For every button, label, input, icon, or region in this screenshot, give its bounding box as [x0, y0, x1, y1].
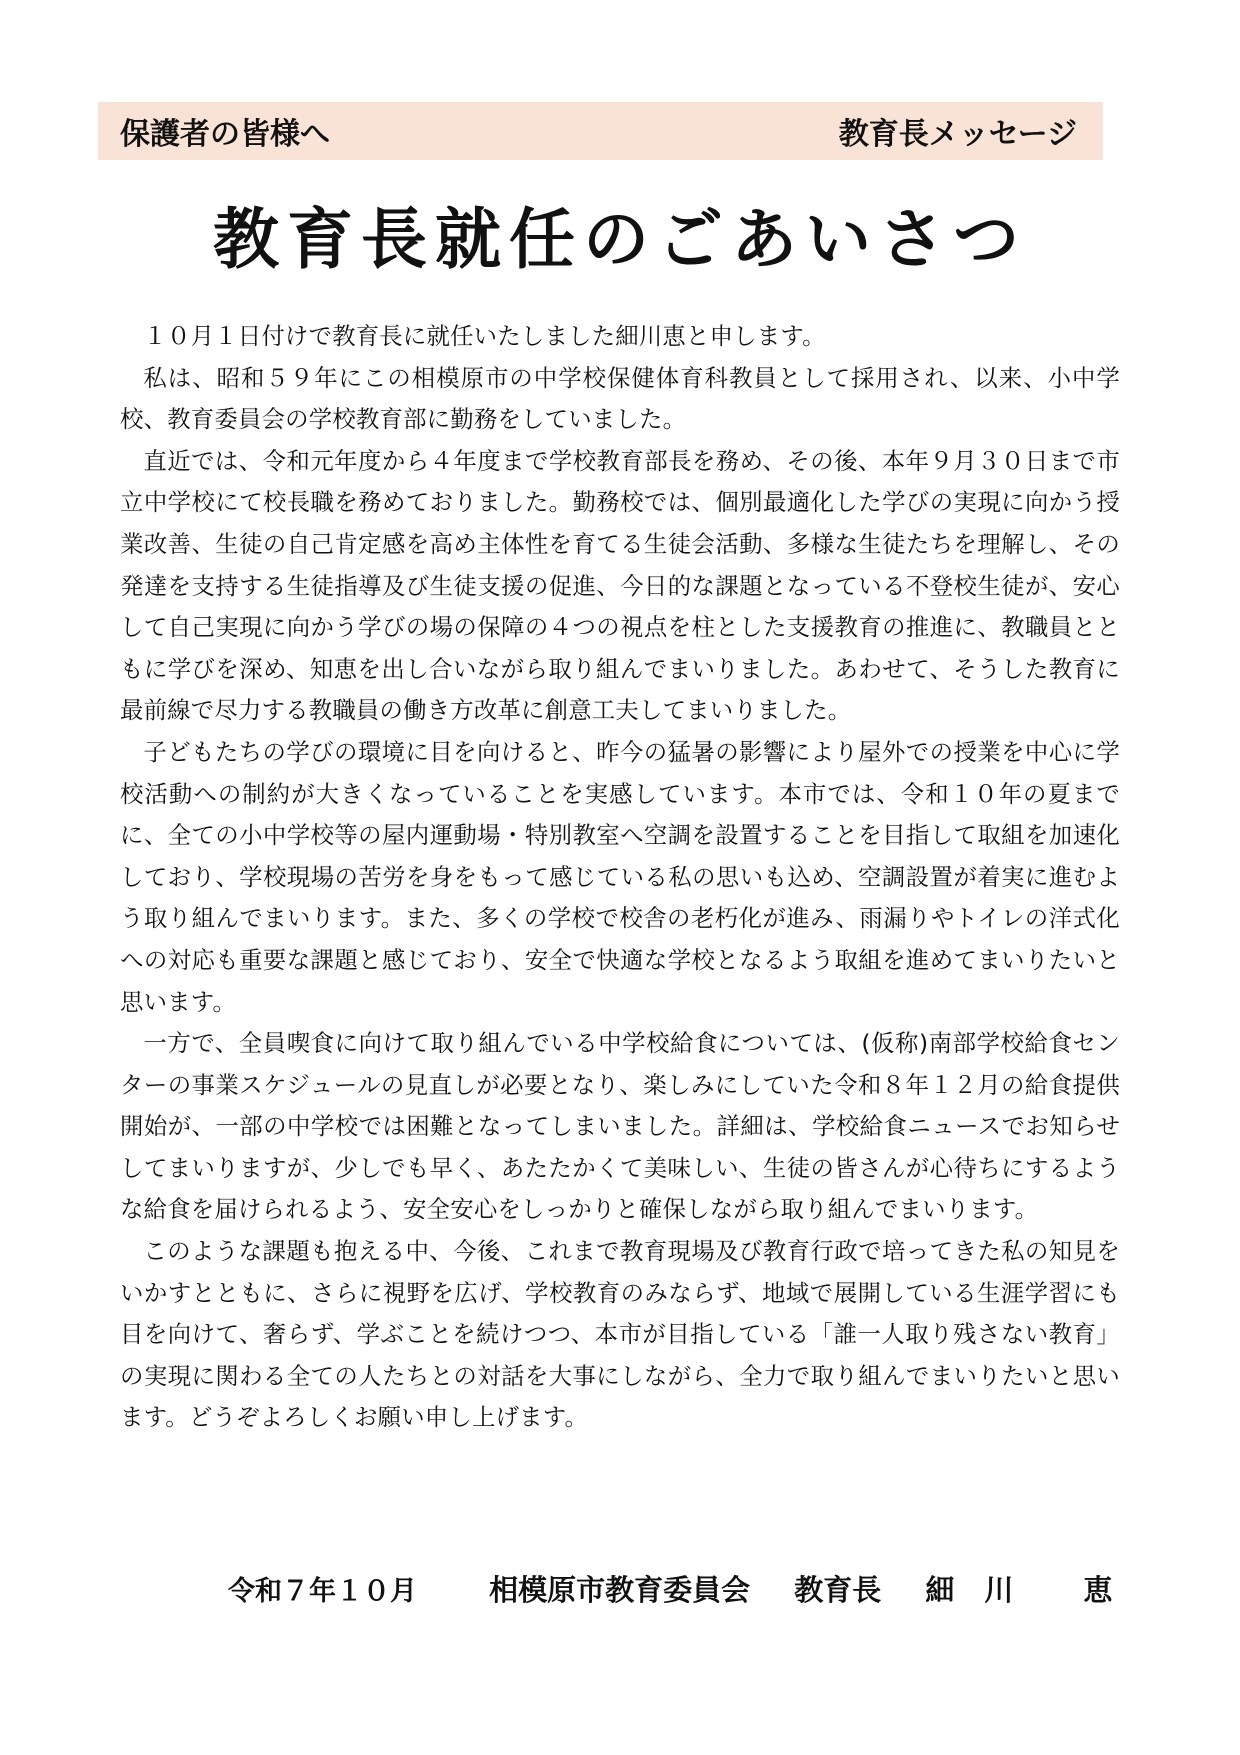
message-body: １０月１日付けで教育長に就任いたしました細川恵と申します。 私は、昭和５９年にこ…: [120, 316, 1120, 1439]
signature-role: 教育長: [794, 1568, 881, 1609]
paragraph-school-lunch: 一方で、全員喫食に向けて取り組んでいる中学校給食については、(仮称)南部学校給食…: [120, 1023, 1120, 1231]
header-band: 保護者の皆様へ 教育長メッセージ: [98, 102, 1103, 160]
signature-organization: 相模原市教育委員会: [489, 1568, 750, 1609]
paragraph-recent-work: 直近では、令和元年度から４年度まで学校教育部長を務め、その後、本年９月３０日まで…: [120, 441, 1120, 732]
document-title: 教育長就任のごあいさつ: [0, 200, 1240, 280]
message-type-label: 教育長メッセージ: [839, 109, 1077, 153]
audience-label: 保護者の皆様へ: [120, 109, 330, 153]
signature-name: 細川 恵: [925, 1568, 1142, 1609]
paragraph-closing: このような課題も抱える中、今後、これまで教育現場及び教育行政で培ってきた私の知見…: [120, 1231, 1120, 1439]
paragraph-greeting: １０月１日付けで教育長に就任いたしました細川恵と申します。: [120, 316, 1120, 358]
signature-block: 令和７年１０月 相模原市教育委員会 教育長 細川 恵: [228, 1568, 1128, 1609]
signature-date: 令和７年１０月: [228, 1569, 417, 1608]
paragraph-learning-environment: 子どもたちの学びの環境に目を向けると、昨今の猛暑の影響により屋外での授業を中心に…: [120, 732, 1120, 1023]
paragraph-career: 私は、昭和５９年にこの相模原市の中学校保健体育科教員として採用され、以来、小中学…: [120, 358, 1120, 441]
